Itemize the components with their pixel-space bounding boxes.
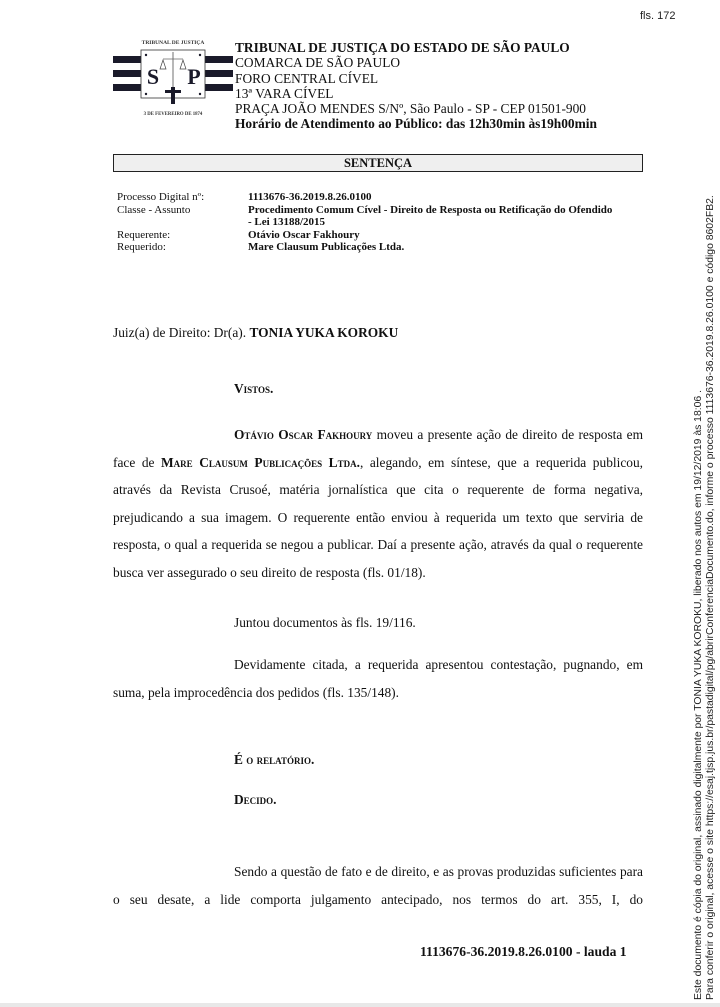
info-label: Requerido: [117, 241, 248, 254]
defendant-name: Mare Clausum Publicações Ltda. [248, 241, 618, 254]
footer-process-lauda: 1113676-36.2019.8.26.0100 - lauda 1 [420, 944, 627, 960]
digital-signature-stamp: Este documento é cópia do original, assi… [693, 140, 716, 1000]
plaintiff-name: Otávio Oscar Fakhoury [248, 229, 618, 242]
info-row-plaintiff: Requerente: Otávio Oscar Fakhoury [117, 229, 618, 242]
service-hours: Horário de Atendimento ao Público: das 1… [235, 116, 597, 131]
heading-relatorio: É o relatório. [234, 752, 314, 768]
comarca: COMARCA DE SÃO PAULO [235, 55, 597, 70]
page-number-label: fls. 172 [640, 10, 675, 22]
viewer-bottom-strip [0, 1003, 720, 1007]
stamp-line-2[interactable]: Para conferir o original, acesse o site … [705, 140, 717, 1000]
address: PRAÇA JOÃO MENDES S/Nº, São Paulo - SP -… [235, 101, 597, 116]
info-row-process: Processo Digital nº: 1113676-36.2019.8.2… [117, 191, 618, 204]
heading-vistos: Vistos. [234, 381, 273, 397]
plaintiff-ref: Otávio Oscar Fakhoury [234, 427, 372, 442]
paragraph-text: , alegando, em síntese, que a requerida … [113, 455, 643, 580]
heading-decido: Decido. [234, 792, 277, 808]
defendant-ref: Mare Clausum Publicações Ltda. [161, 455, 360, 470]
info-row-defendant: Requerido: Mare Clausum Publicações Ltda… [117, 241, 618, 254]
judge-line: Juiz(a) de Direito: Dr(a). TONIA YUKA KO… [113, 325, 398, 341]
document-type-title: SENTENÇA [113, 154, 643, 172]
vara: 13ª VARA CÍVEL [235, 86, 597, 101]
paragraph-contestation: Devidamente citada, a requerida apresent… [113, 651, 643, 706]
court-name: TRIBUNAL DE JUSTIÇA DO ESTADO DE SÃO PAU… [235, 40, 597, 55]
logo-bottom-text: 3 DE FEVEREIRO DE 1874 [144, 112, 203, 117]
process-number: 1113676-36.2019.8.26.0100 [248, 191, 618, 204]
info-label: Requerente: [117, 229, 248, 242]
info-row-class: Classe - Assunto Procedimento Comum Cíve… [117, 204, 618, 229]
class-subject: Procedimento Comum Cível - Direito de Re… [248, 204, 618, 229]
paragraph-decision: Sendo a questão de fato e de direito, e … [113, 858, 643, 913]
info-label: Classe - Assunto [117, 204, 248, 229]
logo-top-text: TRIBUNAL DE JUSTIÇA [142, 40, 205, 46]
stamp-line-1: Este documento é cópia do original, assi… [693, 140, 705, 1000]
paragraph-documents: Juntou documentos às fls. 19/116. [113, 609, 643, 637]
judge-prefix: Juiz(a) de Direito: Dr(a). [113, 325, 249, 340]
logo-letter-p: P [187, 64, 200, 89]
foro: FORO CENTRAL CÍVEL [235, 71, 597, 86]
process-info-table: Processo Digital nº: 1113676-36.2019.8.2… [117, 191, 618, 254]
logo-letter-s: S [147, 64, 159, 89]
paragraph-facts: Otávio Oscar Fakhoury moveu a presente a… [113, 421, 643, 586]
info-label: Processo Digital nº: [117, 191, 248, 204]
judge-name: TONIA YUKA KOROKU [249, 325, 398, 340]
tjsp-coat-of-arms-icon: TRIBUNAL DE JUSTIÇA S P 3 DE FEVEREIRO D… [113, 32, 233, 120]
court-header: TRIBUNAL DE JUSTIÇA DO ESTADO DE SÃO PAU… [235, 40, 597, 132]
